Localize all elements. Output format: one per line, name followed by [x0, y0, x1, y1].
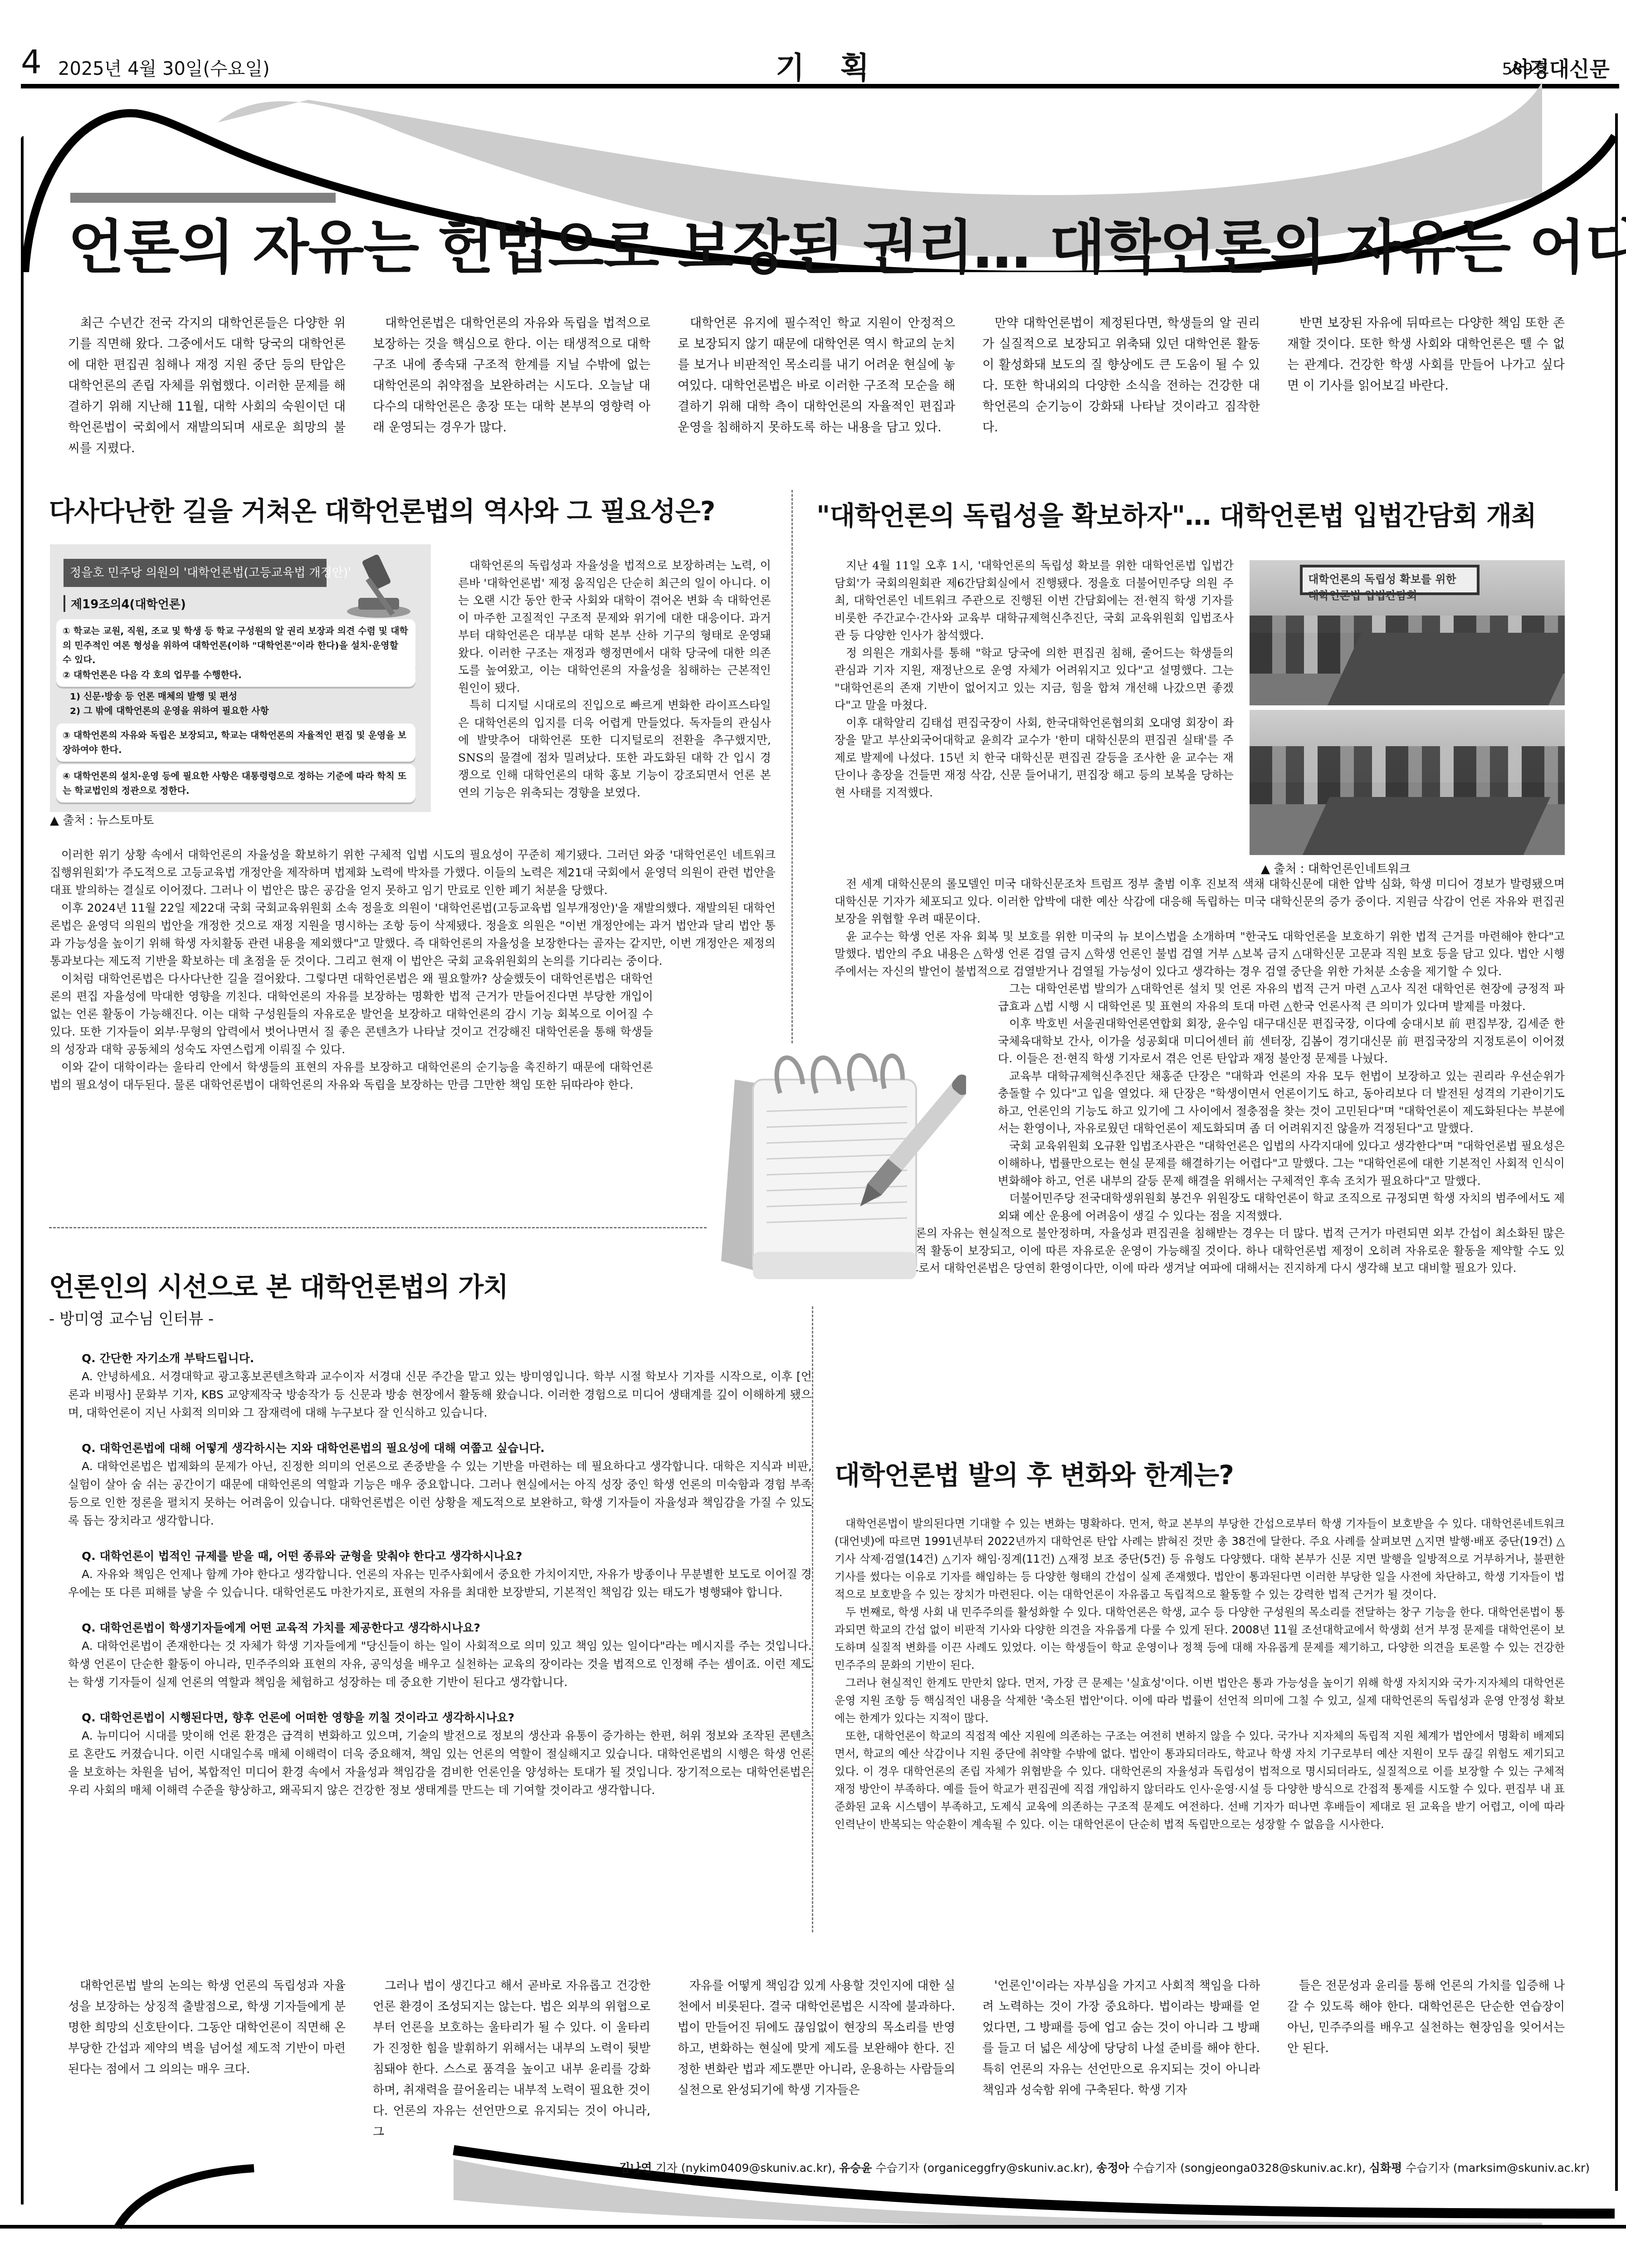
interview-answer: A. 대학언론법은 법제화의 문제가 아닌, 진정한 의미의 언론으로 존중받을… — [68, 1457, 812, 1530]
section-name: 기 획 — [776, 44, 882, 87]
infobox-title: 정을호 민주당 의원의 '대학언론법(고등교육법 개정안)' — [63, 559, 327, 587]
frame-left-border — [21, 136, 24, 2204]
column-divider — [812, 1306, 813, 1932]
interview-question: Q. 대학언론법이 시행된다면, 향후 언론에 어떠한 영향을 끼칠 것이라고 … — [68, 1709, 812, 1727]
gavel-icon — [340, 552, 417, 621]
interview-answer: A. 대학언론법이 존재한다는 것 자체가 학생 기자들에게 "당신들이 하는 … — [68, 1637, 812, 1691]
interview-answer: A. 자유와 책임은 언제나 함께 가야 한다고 생각합니다. 언론의 자유는 … — [68, 1565, 812, 1602]
section-divider — [49, 1227, 707, 1228]
reporter-contact: 수습기자 (marksim@skuniv.ac.kr) — [1402, 2161, 1590, 2175]
notepad-pen-illustration — [685, 1025, 966, 1306]
frame-right-border — [1615, 113, 1618, 2191]
interview-answer: A. 안녕하세요. 서경대학교 광고홍보콘텐츠학과 교수이자 서경대 신문 주간… — [68, 1368, 812, 1422]
interview-qa: Q. 간단한 자기소개 부탁드립니다. A. 안녕하세요. 서경대학교 광고홍보… — [68, 1349, 812, 1799]
photo-caption: ▲ 출처 : 대학언론인네트워크 — [1261, 860, 1411, 876]
paragraph: 이와 같이 대학이라는 울타리 안에서 학생들의 표현의 자유를 보장하고 대학… — [50, 1058, 653, 1094]
kicker-bar — [70, 193, 336, 203]
page-headline: 언론의 자유는 헌법으로 보장된 권리… 대학언론의 자유는 어디에? — [68, 213, 1565, 283]
paragraph: 이후 2024년 11월 22일 제22대 국회 국회교육위원회 소속 정을호 … — [50, 899, 776, 970]
paragraph: 이후 박호빈 서울권대학언론연합회 회장, 윤수임 대구대신문 편집국장, 이다… — [998, 1015, 1565, 1068]
reporter-name: 유승윤 — [839, 2161, 872, 2175]
issue-date: 2025년 4월 30일(수요일) — [58, 54, 270, 80]
paragraph: 그러나 현실적인 한계도 만만치 않다. 먼저, 가장 큰 문제는 '실효성'이… — [835, 1674, 1565, 1727]
paragraph: 윤 교수는 학생 언론 자유 회복 및 보호를 위한 미국의 뉴 보이스법을 소… — [835, 928, 1565, 981]
section2-body-top: 지난 4월 11일 오후 1시, '대학언론의 독립성 확보를 위한 대학언론법… — [835, 557, 1234, 802]
infobox-clause: ④ 대학언론의 설치·운영 등에 필요한 사항은 대통령령으로 정하는 기준에 … — [56, 764, 415, 802]
section1-body: 이러한 위기 상황 속에서 대학언론의 자율성을 확보하기 위한 구체적 입법 … — [50, 846, 776, 1094]
section1-title: 다사다난한 길을 거쳐온 대학언론법의 역사와 그 필요성은? — [49, 490, 715, 528]
law-infobox: 정을호 민주당 의원의 '대학언론법(고등교육법 개정안)' 제19조의4(대학… — [50, 544, 431, 812]
paragraph: 그는 대학언론법 발의가 △대학언론 설치 및 언론 자유의 법적 근거 마련 … — [998, 980, 1565, 1015]
lead-paragraph: 만약 대학언론법이 제정된다면, 학생들의 알 권리가 실질적으로 보장되고 위… — [982, 313, 1260, 459]
section2-title: "대학언론의 독립성을 확보하자"… 대학언론법 입법간담회 개최 — [816, 494, 1536, 533]
forum-photo-2 — [1250, 710, 1565, 855]
interview-question: Q. 대학언론법에 대해 어떻게 생각하시는 지와 대학언론법의 필요성에 대해… — [68, 1439, 812, 1457]
footer-rule — [0, 2225, 1626, 2229]
paragraph: 또한, 대학언론이 학교의 직접적 예산 지원에 의존하는 구조는 여전히 변하… — [835, 1727, 1565, 1833]
paragraph: 교육부 대학규제혁신추진단 채홍준 단장은 "대학과 언론의 자유 모두 헌법이… — [998, 1068, 1565, 1138]
infobox-subclause: 1) 신문·방송 등 언론 매체의 발행 및 편성 — [70, 689, 237, 703]
lead-columns: 최근 수년간 전국 각지의 대학언론들은 다양한 위기를 직면해 왔다. 그중에… — [68, 313, 1565, 459]
lead-paragraph: 반면 보장된 자유에 뒤따르는 다양한 책임 또한 존재할 것이다. 또한 학생… — [1287, 313, 1565, 459]
infobox-article-label: 제19조의4(대학언론) — [63, 595, 186, 612]
closing-paragraph: 들은 전문성과 윤리를 통해 언론의 가치를 입증해 나갈 수 있도록 해야 한… — [1287, 1975, 1565, 2142]
lead-paragraph: 최근 수년간 전국 각지의 대학언론들은 다양한 위기를 직면해 왔다. 그중에… — [68, 313, 346, 459]
section1-side-text: 대학언론의 독립성과 자율성을 법적으로 보장하려는 노력, 이른바 '대학언론… — [458, 557, 771, 802]
reporter-name: 송정아 — [1096, 2161, 1129, 2175]
closing-paragraph: 그러나 법이 생긴다고 해서 곧바로 자유롭고 건강한 언론 환경이 조성되지는… — [373, 1975, 650, 2142]
lead-paragraph: 대학언론 유지에 필수적인 학교 지원이 안정적으로 보장되지 않기 때문에 대… — [678, 313, 955, 459]
newspaper-logo: 서경대신문 — [1509, 53, 1610, 83]
closing-columns: 대학언론법 발의 논의는 학생 언론의 독립성과 자율성을 보장하는 상징적 출… — [68, 1975, 1565, 2142]
infobox-clause: ② 대학언론은 다음 각 호의 업무를 수행한다. — [56, 663, 415, 687]
lead-paragraph: 대학언론법은 대학언론의 자유와 독립을 법적으로 보장하는 것을 핵심으로 한… — [373, 313, 650, 459]
paragraph: 이처럼 대학언론법은 다사다난한 길을 걸어왔다. 그렇다면 대학언론법은 왜 … — [50, 970, 653, 1058]
interview-question: Q. 대학언론법이 학생기자들에게 어떤 교육적 가치를 제공한다고 생각하시나… — [68, 1619, 812, 1637]
reporter-name: 심화평 — [1369, 2161, 1402, 2175]
paragraph: 지난 4월 11일 오후 1시, '대학언론의 독립성 확보를 위한 대학언론법… — [835, 557, 1234, 645]
reporter-contact: 기자 (nykim0409@skuniv.ac.kr), — [652, 2161, 840, 2175]
section3-title: 언론인의 시선으로 본 대학언론법의 가치 — [49, 1266, 508, 1304]
paragraph: 이러한 위기 상황 속에서 대학언론의 자율성을 확보하기 위한 구체적 입법 … — [50, 846, 776, 899]
closing-paragraph: '언론인'이라는 자부심을 가지고 사회적 책임을 다하려 노력하는 것이 가장… — [982, 1975, 1260, 2142]
forum-banner: 대학언론의 독립성 확보를 위한 대학언론법 입법간담회 — [1300, 565, 1480, 595]
paragraph: 대학언론법이 발의된다면 기대할 수 있는 변화는 명확하다. 먼저, 학교 본… — [835, 1515, 1565, 1603]
paragraph: 이후 대학알리 김태섭 편집국장이 사회, 한국대학언론협의회 오대영 회장이 … — [835, 714, 1234, 802]
reporter-contact: 수습기자 (organiceggfry@skuniv.ac.kr), — [872, 2161, 1097, 2175]
paragraph: 두 번째로, 학생 사회 내 민주주의를 활성화할 수 있다. 대학언론은 학생… — [835, 1603, 1565, 1674]
infobox-caption: ▲ 출처 : 뉴스토마토 — [50, 811, 154, 828]
paragraph: 국회 교육위원회 오규환 입법조사관은 "대학언론은 입법의 사각지대에 있다고… — [998, 1138, 1565, 1190]
interview-question: Q. 대학언론이 법적인 규제를 받을 때, 어떤 종류와 균형을 맞춰야 한다… — [68, 1547, 812, 1565]
infobox-clause: ③ 대학언론의 자유와 독립은 보장되고, 학교는 대학언론의 자율적인 편집 … — [56, 723, 415, 762]
reporter-contact: 수습기자 (songjeonga0328@skuniv.ac.kr), — [1129, 2161, 1369, 2175]
interview-question: Q. 간단한 자기소개 부탁드립니다. — [68, 1349, 812, 1368]
page-number: 4 — [21, 45, 42, 78]
column-divider — [791, 490, 793, 1043]
paragraph: 전 세계 대학신문의 롤모델인 미국 대학신문조차 트럼프 정부 출범 이후 진… — [835, 875, 1565, 928]
section4-title: 대학언론법 발의 후 변화와 한계는? — [835, 1454, 1234, 1492]
infobox-subclause: 2) 그 밖에 대학언론의 운영을 위하여 필요한 사항 — [70, 704, 269, 718]
masthead: 4 2025년 4월 30일(수요일) 기 획 589호 서경대신문 — [0, 0, 1626, 86]
closing-paragraph: 대학언론법 발의 논의는 학생 언론의 독립성과 자율성을 보장하는 상징적 출… — [68, 1975, 346, 2142]
section4-body: 대학언론법이 발의된다면 기대할 수 있는 변화는 명확하다. 먼저, 학교 본… — [835, 1515, 1565, 1833]
paragraph: 대학언론의 독립성과 자율성을 법적으로 보장하려는 노력, 이른바 '대학언론… — [458, 557, 771, 697]
reporter-name: 김나연 — [619, 2161, 652, 2175]
closing-paragraph: 자유를 어떻게 책임감 있게 사용할 것인지에 대한 실천에서 비롯된다. 결국… — [678, 1975, 955, 2142]
section3-subtitle: - 방미영 교수님 인터뷰 - — [49, 1306, 214, 1329]
paragraph: 정 의원은 개회사를 통해 "학교 당국에 의한 편집권 침해, 줄어드는 학생… — [835, 645, 1234, 714]
interview-answer: A. 뉴미디어 시대를 맞이해 언론 환경은 급격히 변화하고 있으며, 기술의… — [68, 1727, 812, 1799]
reporter-byline: 김나연 기자 (nykim0409@skuniv.ac.kr), 유승윤 수습기… — [619, 2159, 1590, 2175]
paragraph: 더불어민주당 전국대학생위원회 봉건우 위원장도 대학언론이 학교 조직으로 규… — [998, 1190, 1565, 1225]
forum-photo-1: 대학언론의 독립성 확보를 위한 대학언론법 입법간담회 — [1250, 560, 1565, 705]
page-curl-bottom-decoration — [0, 2132, 1626, 2232]
paragraph: 특히 디지털 시대로의 진입으로 빠르게 변화한 라이프스타일은 대학언론의 입… — [458, 697, 771, 802]
